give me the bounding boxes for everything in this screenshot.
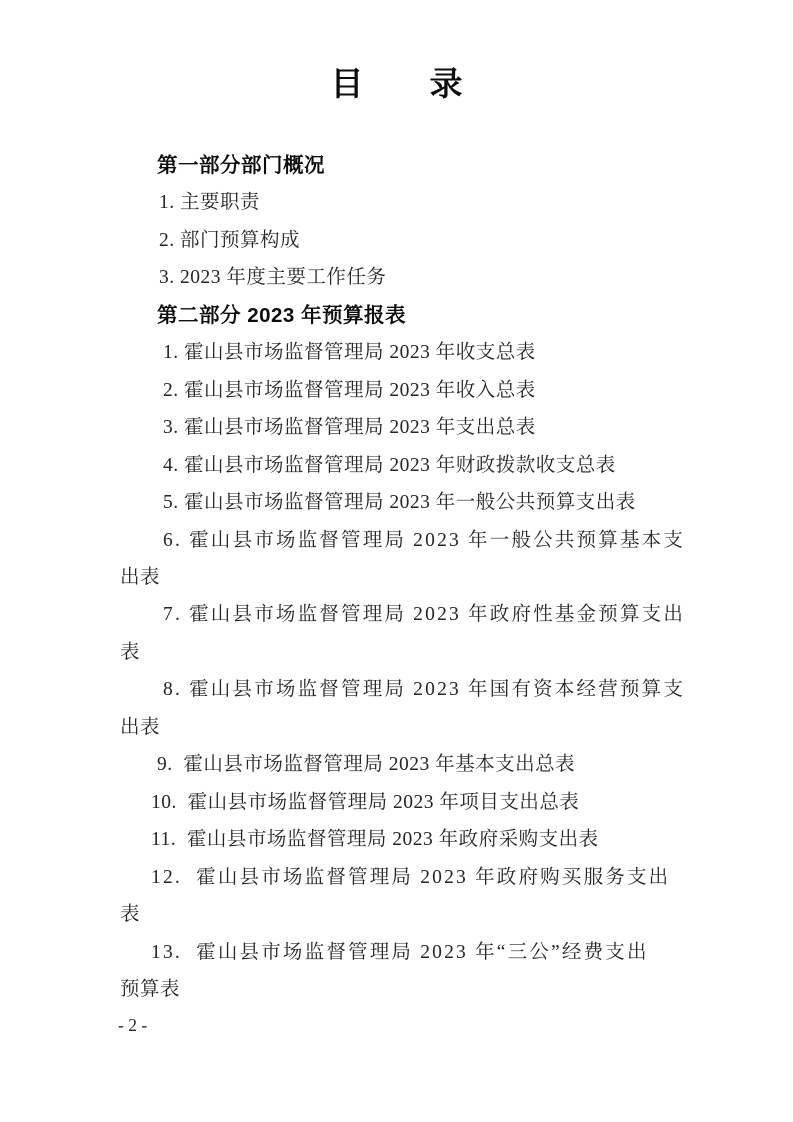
- toc-s2-item-11: 11. 霍山县市场监督管理局 2023 年政府采购支出表: [120, 821, 670, 858]
- toc-s1-item-2: 2. 部门预算构成: [120, 222, 670, 259]
- toc-s2-item-10: 10. 霍山县市场监督管理局 2023 年项目支出总表: [120, 784, 670, 821]
- toc-s2-item-9: 9. 霍山县市场监督管理局 2023 年基本支出总表: [120, 746, 670, 783]
- toc-s2-item-6: 6. 霍山县市场监督管理局 2023 年一般公共预算基本支: [120, 522, 670, 559]
- page-number: - 2 -: [118, 1013, 147, 1037]
- toc-s2-item-12-cont: 表: [120, 896, 670, 933]
- toc-s2-item-6-cont: 出表: [120, 559, 670, 596]
- section1-heading: 第一部分部门概况: [120, 147, 670, 184]
- toc-s2-item-8-cont: 出表: [120, 709, 670, 746]
- toc-s1-item-1: 1. 主要职责: [120, 184, 670, 221]
- toc-s2-item-2: 2. 霍山县市场监督管理局 2023 年收入总表: [120, 372, 670, 409]
- toc-s2-item-8: 8. 霍山县市场监督管理局 2023 年国有资本经营预算支: [120, 671, 670, 708]
- toc-s2-item-5: 5. 霍山县市场监督管理局 2023 年一般公共预算支出表: [120, 484, 670, 521]
- page-title: 目 录: [0, 64, 793, 104]
- toc-s2-item-12: 12. 霍山县市场监督管理局 2023 年政府购买服务支出: [120, 859, 670, 896]
- toc-s1-item-3: 3. 2023 年度主要工作任务: [120, 259, 670, 296]
- toc-s2-item-7-cont: 表: [120, 634, 670, 671]
- toc-s2-item-13-cont: 预算表: [120, 971, 670, 1008]
- document-page: 目 录 第一部分部门概况 1. 主要职责 2. 部门预算构成 3. 2023 年…: [0, 0, 793, 1122]
- table-of-contents: 第一部分部门概况 1. 主要职责 2. 部门预算构成 3. 2023 年度主要工…: [120, 147, 670, 1008]
- toc-s2-item-13: 13. 霍山县市场监督管理局 2023 年“三公”经费支出: [120, 934, 670, 971]
- toc-s2-item-4: 4. 霍山县市场监督管理局 2023 年财政拨款收支总表: [120, 447, 670, 484]
- toc-s2-item-7: 7. 霍山县市场监督管理局 2023 年政府性基金预算支出: [120, 596, 670, 633]
- toc-s2-item-1: 1. 霍山县市场监督管理局 2023 年收支总表: [120, 334, 670, 371]
- toc-s2-item-3: 3. 霍山县市场监督管理局 2023 年支出总表: [120, 409, 670, 446]
- section2-heading: 第二部分 2023 年预算报表: [120, 297, 670, 334]
